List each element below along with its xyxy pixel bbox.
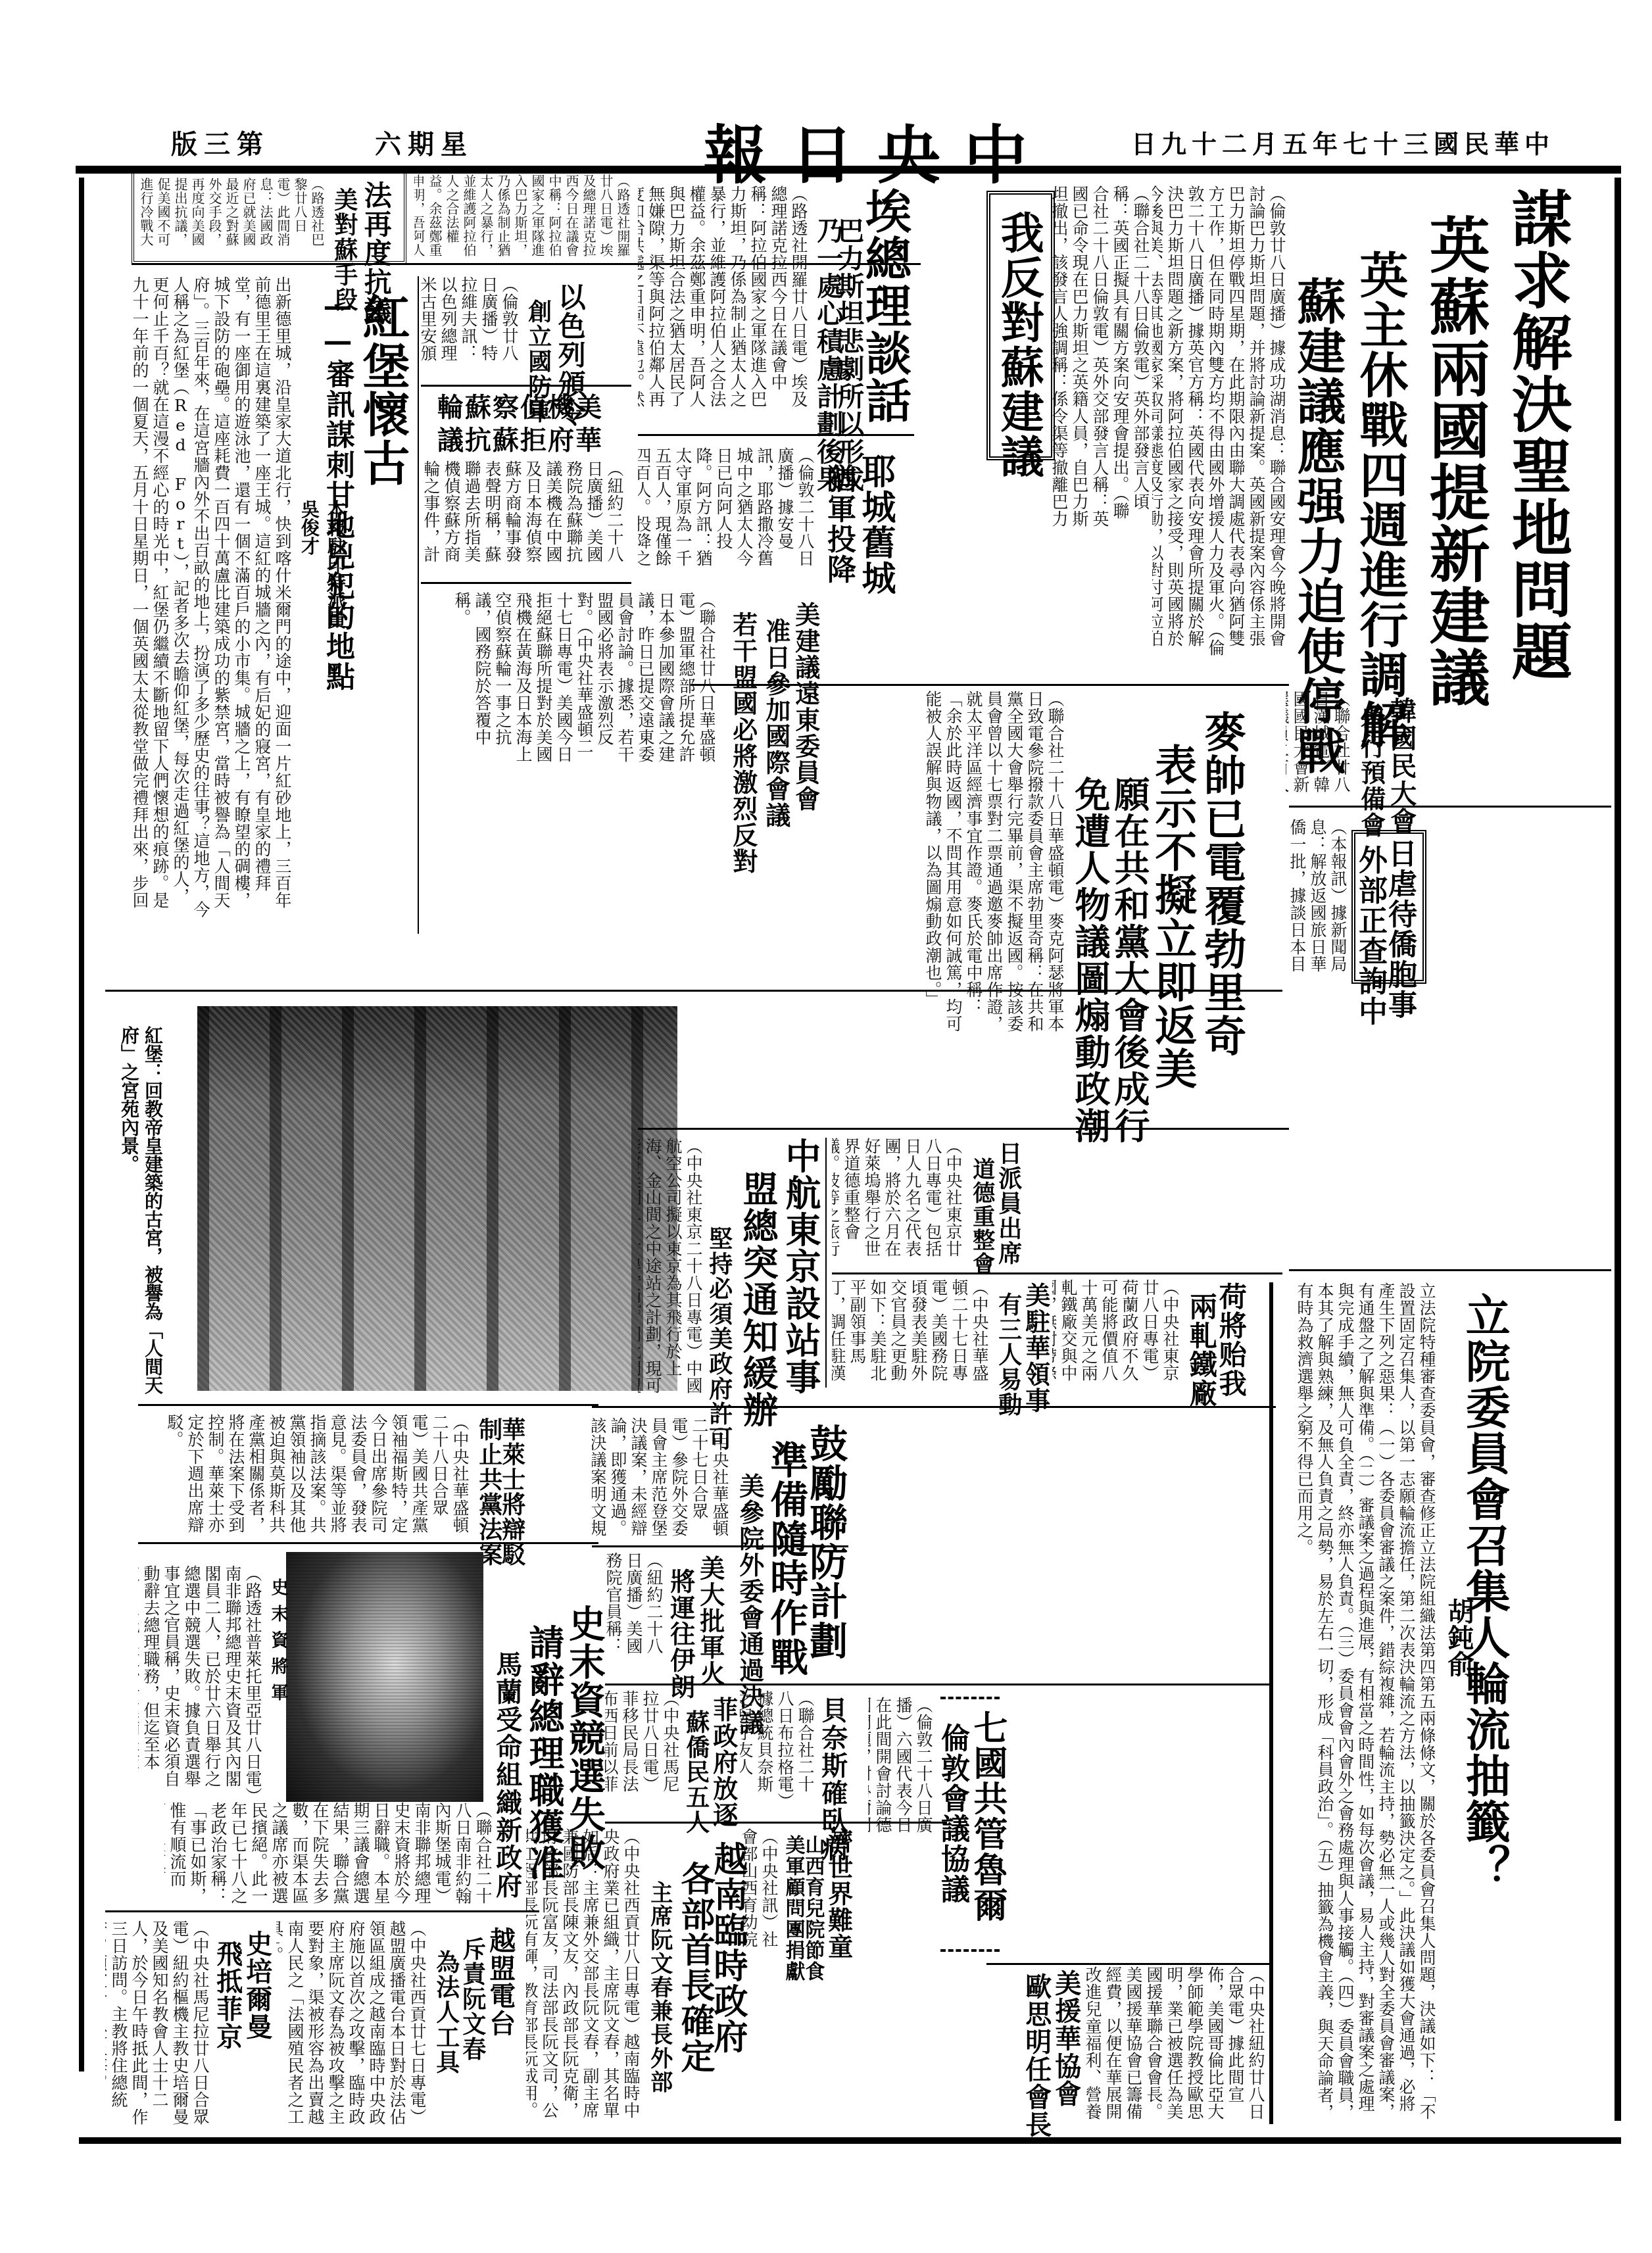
subheadline: 願在共和黨大會後成行 [1111,776,1148,1144]
divider [832,1272,1282,1274]
photo-caption: 史末資將軍 [266,1578,291,1710]
subheadline: 道德重整會 [970,1157,993,1276]
headline: 濟世界難童 [825,1828,851,1960]
subheadline: 山西育兒院節食 [802,1835,823,1982]
headline: 韓國民大會 [1388,697,1415,835]
byline: 本報駐印特派員 吳俊才 [296,500,349,631]
divider [138,1404,598,1406]
headline: 越南臨時政府 [710,1841,745,2054]
article-body: （紐約二十八日廣播）美國務院官員稱：參院撥款委員會報告以大量剩餘軍用物資，包括美… [605,1552,664,1670]
subheadline: 有三人易動 [996,1292,1021,1417]
article-body-cont [1421,690,1611,802]
subheadline: 乃一處心積慮計劃後果 [814,217,841,493]
subheadline: 斥責阮文春 [460,1937,485,2062]
article-body-cont [917,185,983,527]
subheadline: 蘇僑民五人 [684,1710,708,1835]
headline: 各部首長確定 [677,1861,712,2074]
headline: 菲政府放逐 [710,1697,736,1828]
article-body-cont [730,1552,842,1670]
headline: 日派員出席 [996,1141,1021,1266]
headline: 史培爾曼 [243,1930,270,2041]
page-number: 第三版 [171,124,270,161]
divider [421,582,631,584]
subheadline: 為法人工具 [434,1950,458,2075]
subheadline: 外部正查詢中 [1355,845,1384,1027]
article-body: （中央社馬尼拉廿八日電）菲移民局長法布西日前以菲律賓航空公司之伊泰號巨機首次飛滬… [605,1690,681,1808]
divider [825,1138,827,1388]
headline: 謀求解決聖地問題 [1506,187,1568,682]
subheadline: 飛抵菲京 [214,1940,241,2050]
subheadline: 舉行預備會 [1358,707,1384,838]
article-body: （聯合社二十八日布拉格電）據總統貝奈斯之兒子友人稱：總統昨夜告以「身體甚不適」，… [740,1690,815,1805]
headline: 荷將贻我 [1217,1282,1245,1398]
photo-side-text: （路透社普萊托里亞廿八日電）南非聯邦總理史末資及其內閣閣員二人，已於廿六日舉行之… [138,1565,263,1802]
headline: 史末資競選失敗 [566,1605,603,1872]
headline: 美援華協會 [1052,1970,1079,2108]
subheadline: 兩軋鐵廠 [1187,1292,1215,1408]
headline: 立院委員會召集人輪流抽籤？ [1461,1292,1507,1891]
subheadline: 歐思明任會長 [1023,1973,1050,2139]
headline: 日虐待僑胞事 [1384,838,1414,1020]
article-body: （倫敦廿八日廣播）特拉維夫訊：以色列總理米古里安頒佈特別命令，創立以色列國防軍，… [421,276,520,378]
headline: 越盟電台 [487,1927,514,2037]
headline: 表示不擬立即返美 [1151,743,1194,1090]
article-body: （路透社巴黎廿八日電）此間消息：法國政府已就美國最近之對蘇外交手段，再度向美國提… [138,178,326,253]
article-body: （倫敦二十八日廣播）據安曼訊，耶路撒冷舊城中之猶太人今日已向阿人投降。阿方訊：猶… [638,447,815,579]
article-body: （中央社西貢廿七日專電）越盟廣播電台本日對於法佔領區組成之越南臨時中央政府施以首… [276,1920,427,2131]
headline: 請辭總理職獲准 [526,1624,562,1882]
divider [105,990,1282,992]
article-body: （中央社馬尼拉廿八日合眾電）紐約樞機主教史培爾曼及美國知名教會人士十二人，於今日… [105,1920,210,2131]
author: 胡鈍俞 [1440,1598,1478,1677]
article-body: （倫敦二十八日廣播）六國代表今日在此間開會討論德國問題，對魯爾問題一致同意將來由… [868,1697,934,1841]
article-body: （中央社華盛頓二十七日專電）美國務院頃發表美駐外交官員之更動如下：美駐北平副領事… [832,1279,990,1394]
article-body-cont [855,1966,1019,2124]
page-frame-left [79,178,84,2071]
article-body: 出新德里城，沿皇家大道北行，快到喀什米爾門的途中，迎面一片紅砂地上，三百年前德里… [132,276,293,921]
divider [132,263,921,265]
article-body: （紐約二十八日廣播）美國務院為蘇聯抗議美機在中國及日本海偵察蘇方商輪事發表聲明稱… [421,460,625,572]
article-body: （聯合社二十八日倫敦電）英外部發言人頃稱：英國正擬具有關方案向安理會提出。（聯合… [1052,185,1151,527]
article-body-cont [1427,819,1611,983]
headline: 我反對蘇建議 [996,210,1040,479]
article-body-cont [855,1828,934,1960]
subheadline: 將運往伊朗 [668,1568,693,1700]
article-body: （聯合社廿八日華盛頓電）盟軍總部所提允許日本參加國際會議之建議，昨日已提交遠東委… [421,592,717,766]
subheadline: 猶軍投降 [823,464,853,585]
subheadline: 華萊士將辯駁 [500,1417,524,1567]
photo-red-fort-interior [197,1006,677,1391]
divider [605,1684,1269,1685]
headline: 制止共黨法案 [477,1417,501,1567]
photo-smuts [286,1552,483,1802]
divider [592,1406,1276,1408]
headline: 耶城舊城 [858,454,893,596]
article-body: （聯合社二十八日南非約翰內斯堡城電）南非聯邦總理史末資將於今日辭職。本星期三議會… [164,1802,493,1917]
article-body: （倫敦廿八日廣播）據成功湖消息：聯合國安理會今晚將開會討論巴力斯坦問題，并將討論… [1152,185,1287,659]
article-body-cont [835,1417,1269,1542]
subheadline: 免遭人物議圖煽動政潮 [1072,776,1108,1144]
divider [138,1542,598,1544]
article-body: （中央社東京廿八日專電）包括日人九名之代表團，將於六月在好萊塢舉行之世界道德重整… [832,1138,963,1269]
article-body-cont [1026,1138,1282,1269]
beaded-divider [1269,1282,1273,2124]
divider [986,1963,1269,1965]
divider [418,276,419,934]
article-body: （中央社東京二十八日專電）中國航空公司擬以東京為其飛行於上海、金山間之中途站之計… [638,1138,704,1394]
headline: 紅堡懷古 [358,293,406,487]
divider [638,1128,1289,1130]
article-body: （路透社開羅廿八日電）埃及總理諾克拉西今日在議會中稱：阿拉伯國家之軍隊進入巴力斯… [638,185,809,416]
headline: 盟總突通知緩辦 [740,1171,776,1428]
article-body: （中央社紐約廿八日合眾電）據此間宣佈，美國哥倫比亞大學師範學院教授歐思明，業已被… [1082,1966,1266,2124]
article-body: （中央社華盛頓二十七日合眾電）參院外交委員會主席范登堡決議案，未經辯論，即獲通過… [592,1417,730,1542]
article-body: 立法院特種審查委員會，審查修正立法院組織法第四第五兩條條文，關於各委員會召集人問… [1289,1282,1437,2124]
headline: 英蘇兩國提新建議 [1424,214,1486,708]
issue-date: 中華民國三十七年五月二十九日 [1131,124,1555,160]
divider [592,1545,848,1547]
divider [1289,806,1611,808]
page-frame-right [1615,178,1621,2121]
newspaper-title: 中央日報 [704,105,1051,195]
divider [691,684,1289,686]
subheadline: 英主休戰四週進行調解 [1355,250,1404,750]
article-body: （本報訊）據新聞局息：解放返國旅日華僑一批，據談日本目前虐待華僑情事，頃詢外交部… [1286,819,1348,983]
subheadline: 美軍顧問團捐獻 [783,1835,803,1982]
divider [605,1822,947,1824]
headline: 美大批軍火 [697,1555,723,1687]
headline: 七國共管魯爾 [970,1710,1005,1923]
subheadline: ——審訊謀刺甘地兇犯的地點 [322,289,352,692]
article-body: （聯合社廿八日漢城電）韓國國民大會新選議員二百人中，有一百四十人昨日悄然舉行預備… [1286,690,1351,802]
article-body-cont: （路透社開羅廿八日電）埃及總理諾克拉西今日在議會中稱：阿拉伯國家之軍隊進入巴力斯… [414,174,631,260]
divider [638,434,914,436]
subheadline: 主席阮文春兼長外部 [648,1881,671,2094]
headline: 美駐華領事 [1023,1282,1048,1414]
photo-caption: 紅堡：回教帝皇建築的古宮，被譽為「人間天府」之宮苑內景。 [117,1026,164,1394]
article-body: （中央社華盛頓二十八日合眾電）美國共產黨領袖福斯特，定今日出席參院司法委員會，發… [138,1414,470,1539]
article-body: （聯合社二十八日華盛頓電）麥克阿瑟將軍本日致電參院撥款委員會主席勃里奇稱：在共和… [691,690,1065,1046]
headline: 埃總理談話 [862,187,908,424]
headline: 中航東京設站事 [783,1138,819,1395]
subheadline: 華府拒蘇抗議 [437,427,603,454]
divider [105,1910,539,1912]
weekday: 星期六 [375,124,474,161]
headline: 美機偵察蘇輪 [437,395,603,422]
headline: 麥帥已電覆勃里奇 [1200,710,1243,1057]
subheadline: 倫敦會議協議 [937,1723,967,1904]
divider [1289,1269,1611,1271]
article-body: （中央社東京廿八日專電）荷蘭政府不久可能將價值八十萬美元之兩軋鐵廠交與中國，無附… [1052,1279,1180,1394]
page-frame-bottom [79,2137,1621,2144]
divider [421,385,631,387]
subheadline: 馬蘭受命組織新政府 [493,1651,520,1899]
